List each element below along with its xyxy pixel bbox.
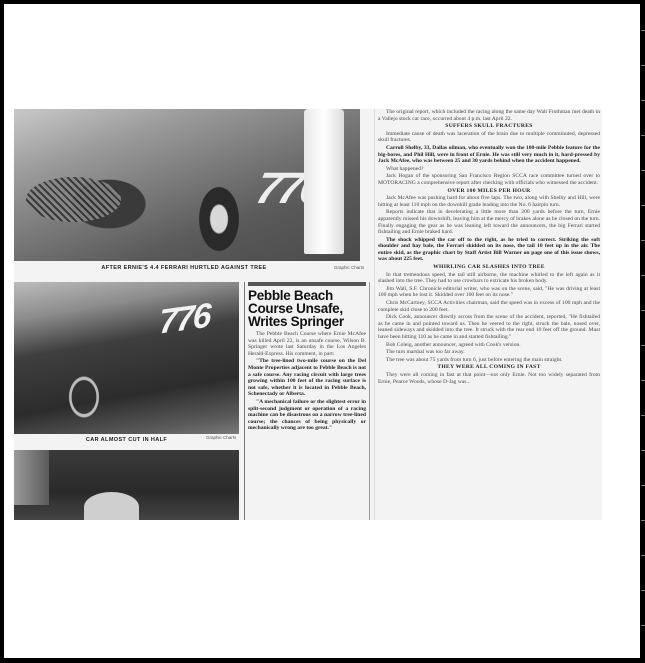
tree xyxy=(14,450,49,505)
photo-credit: Graphic Charts xyxy=(334,265,364,270)
article-subhead: OVER 100 MILES PER HOUR xyxy=(378,188,600,195)
article-paragraph: Bob Coleig, another announcer, agreed wi… xyxy=(378,342,600,349)
photo-crash-scene xyxy=(14,450,239,520)
standing-person xyxy=(304,109,344,254)
newspaper-clipping: 776 AFTER ERNIE'S 4.4 FERRARI HURTLED AG… xyxy=(14,109,602,520)
article-subhead: WHIRLING CAR SLASHES INTO TREE xyxy=(378,264,600,271)
article-paragraph: What happened? xyxy=(378,166,600,173)
sidebar-paragraph: The Pebble Beach Course where Ernie McAf… xyxy=(248,331,366,357)
photo-crashed-ferrari: 776 xyxy=(14,109,360,261)
figure xyxy=(84,492,139,520)
article-paragraph: Jim Wall, S.F. Chronicle editorial write… xyxy=(378,286,600,299)
photo-credit: Graphic Charts xyxy=(206,435,236,440)
photo-caption: AFTER ERNIE'S 4.4 FERRARI HURTLED AGAINS… xyxy=(54,265,314,271)
article-paragraph: The shock whipped the car off to the rig… xyxy=(378,237,600,263)
article-paragraph: Jack Hogan of the sponsoring San Francis… xyxy=(378,173,600,186)
article-paragraph: The original report, which included the … xyxy=(378,109,600,122)
article-subhead: THEY WERE ALL COMING IN FAST xyxy=(378,364,600,371)
sidebar-paragraph: "The tree-lined two-mile course on the D… xyxy=(248,358,366,398)
car-number: 776 xyxy=(159,296,211,343)
article-paragraph: The turn marshal was too far away. xyxy=(378,349,600,356)
article-paragraph: The tree was about 75 yards from turn 6,… xyxy=(378,357,600,364)
article-paragraph: In that tremendous speed, the tail still… xyxy=(378,272,600,285)
sidebar-rule xyxy=(248,282,366,286)
sidebar-story: Pebble Beach Course Unsafe, Writes Sprin… xyxy=(244,282,370,520)
article-paragraph: Reports indicate that in decelerating a … xyxy=(378,209,600,235)
article-paragraph: Carroll Shelby, 33, Dallas oilman, who e… xyxy=(378,145,600,165)
sidebar-headline: Pebble Beach Course Unsafe, Writes Sprin… xyxy=(248,289,366,328)
article-paragraph: Jack McAfee was pushing hard for about f… xyxy=(378,195,600,208)
article-paragraph: Chris McCartney, SCCA Activities chairma… xyxy=(378,300,600,313)
page-frame: 776 AFTER ERNIE'S 4.4 FERRARI HURTLED AG… xyxy=(4,4,640,658)
car-grille xyxy=(26,177,121,222)
photo-car-cut-in-half: 776 xyxy=(14,282,239,434)
edge-ticks xyxy=(641,0,645,663)
sidebar-body: The Pebble Beach Course where Ernie McAf… xyxy=(248,331,366,432)
article-paragraph: Immediate cause of death was laceration … xyxy=(378,131,600,144)
article-subhead: SUFFERS SKULL FRACTURES xyxy=(378,123,600,130)
sidebar-paragraph: "A mechanical failure or the slightest e… xyxy=(248,399,366,432)
article-column: The original report, which included the … xyxy=(374,109,600,520)
article-paragraph: Dick Cook, announcer directly across fro… xyxy=(378,314,600,340)
article-paragraph: They were all coming in fast at that poi… xyxy=(378,372,600,385)
